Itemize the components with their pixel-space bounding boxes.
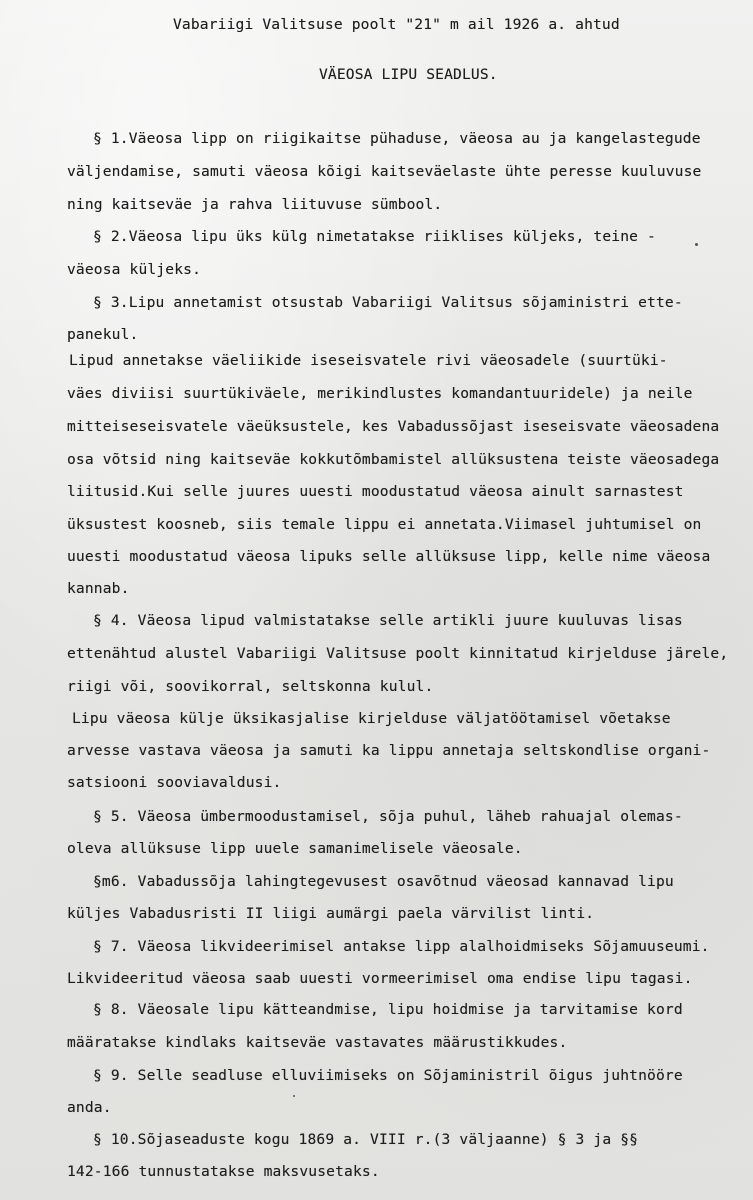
paragraph-9-line-1: § 7. Väeosa likvideerimisel antakse lipp… <box>93 938 710 956</box>
paragraph-1-line-2: väljendamise, samuti väeosa kõigi kaitse… <box>67 163 701 181</box>
paragraph-6-line-3: satsiooni sooviavaldusi. <box>67 774 281 792</box>
paragraph-4-line-3: mitteiseseisvatele väeüksustele, kes Vab… <box>67 418 719 436</box>
paragraph-8-line-2: küljes Vabadusristi II liigi aumärgi pae… <box>67 905 594 923</box>
paragraph-12-line-1: § 10.Sõjaseaduste kogu 1869 a. VIII r.(3… <box>93 1131 638 1149</box>
paragraph-3-line-2: panekul. <box>67 326 139 344</box>
paragraph-4-line-7: uuesti moodustatud väeosa lipuks selle a… <box>67 548 710 566</box>
paragraph-7-line-2: oleva allüksuse lipp uuele samanimelisel… <box>67 840 523 858</box>
paragraph-4-line-6: üksustest koosneb, siis temale lippu ei … <box>67 516 701 534</box>
paragraph-8-line-1: §m6. Vabadussõja lahingtegevusest osavõt… <box>93 873 674 891</box>
paragraph-4-line-4: osa võtsid ning kaitseväe kokkutõmbamist… <box>67 451 719 469</box>
paragraph-11-line-2: anda. <box>67 1099 112 1117</box>
paragraph-9-line-2: Likvideeritud väeosa saab uuesti vormeer… <box>67 970 693 988</box>
paragraph-7-line-1: § 5. Väeosa ümbermoodustamisel, sõja puh… <box>93 808 683 826</box>
paragraph-2-line-1: § 2.Väeosa lipu üks külg nimetatakse rii… <box>93 228 656 246</box>
paragraph-10-line-2: määratakse kindlaks kaitseväe vastavates… <box>67 1034 567 1052</box>
paragraph-1-line-3: ning kaitseväe ja rahva liituvuse sümboo… <box>67 196 442 214</box>
paragraph-4-line-5: liitusid.Kui selle juures uuesti moodust… <box>67 483 684 501</box>
paragraph-2-line-2: väeosa küljeks. <box>67 261 201 279</box>
paragraph-4-line-1: Lipud annetakse väeliikide iseseisvatele… <box>69 352 668 370</box>
paragraph-5-line-1: § 4. Väeosa lipud valmistatakse selle ar… <box>93 612 683 630</box>
paragraph-6-line-1: Lipu väeosa külje üksikasjalise kirjeldu… <box>72 710 671 728</box>
paragraph-5-line-3: riigi või, soovikorral, seltskonna kulul… <box>67 678 433 696</box>
paragraph-6-line-2: arvesse vastava väeosa ja samuti ka lipp… <box>67 742 710 760</box>
paragraph-3-line-1: § 3.Lipu annetamist otsustab Vabariigi V… <box>93 294 683 312</box>
document-header-line: Vabariigi Valitsuse poolt "21" m ail 192… <box>173 16 620 34</box>
paragraph-5-line-2: ettenähtud alustel Vabariigi Valitsuse p… <box>67 645 728 663</box>
paragraph-4-line-8: kannab. <box>67 580 130 598</box>
paper-speck <box>293 1095 295 1097</box>
paper-speck <box>695 243 698 246</box>
paragraph-1-line-1: § 1.Väeosa lipp on riigikaitse pühaduse,… <box>93 130 701 148</box>
typewritten-document-page: Vabariigi Valitsuse poolt "21" m ail 192… <box>0 0 753 1200</box>
paragraph-11-line-1: § 9. Selle seadluse elluviimiseks on Sõj… <box>93 1067 683 1085</box>
document-title: VÄEOSA LIPU SEADLUS. <box>319 66 498 84</box>
paragraph-10-line-1: § 8. Väeosale lipu kätteandmise, lipu ho… <box>93 1001 683 1019</box>
paragraph-4-line-2: väes diviisi suurtükiväele, merikindlust… <box>67 385 693 403</box>
paragraph-12-line-2: 142-166 tunnustatakse maksvusetaks. <box>67 1163 380 1181</box>
